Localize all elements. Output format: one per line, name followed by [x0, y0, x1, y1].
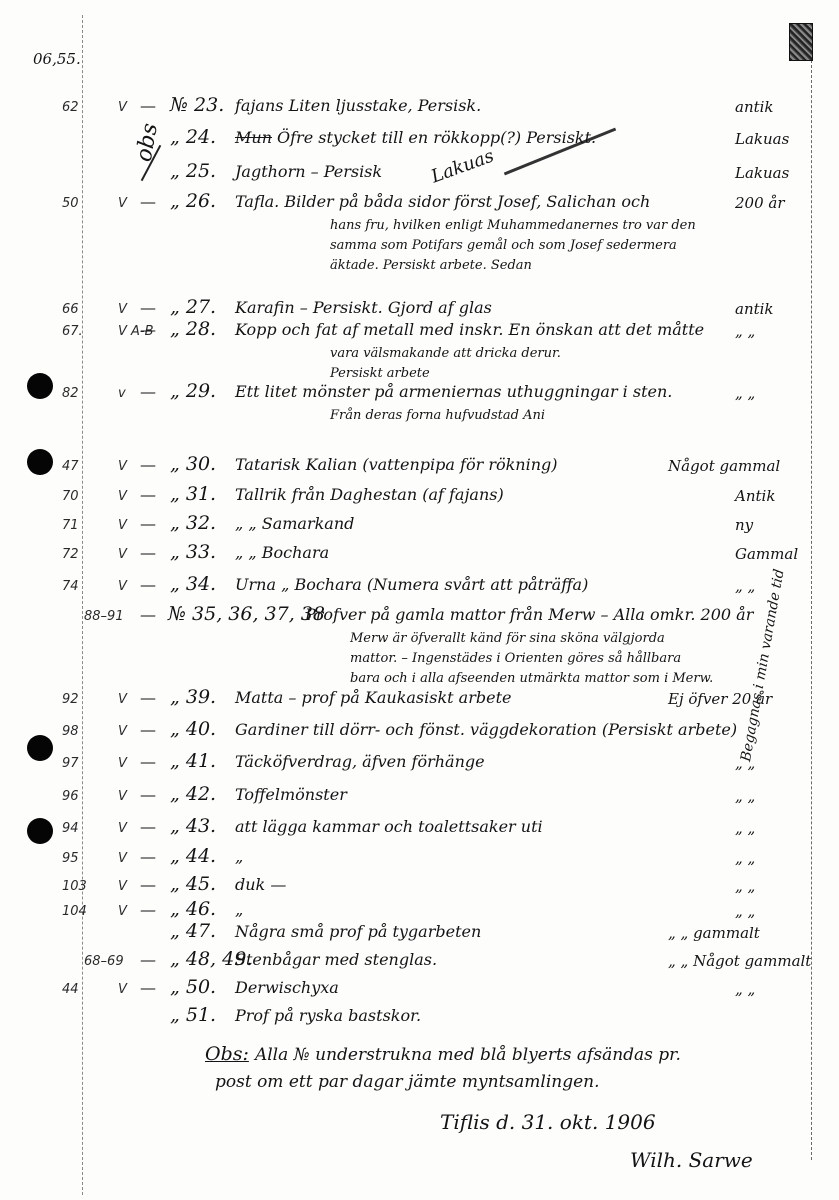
dash-separator: —: [140, 382, 156, 401]
item-description: „: [235, 900, 243, 919]
struck-text: Mun: [235, 128, 272, 147]
ledger-number: 44: [62, 982, 79, 997]
item-number: № 35, 36, 37, 38: [168, 603, 325, 625]
list-item: 74V—„ 34.Urna „ Bochara (Numera svårt at…: [0, 575, 839, 599]
item-number: „ 33.: [170, 541, 216, 563]
list-item: 47V—„ 30.Tatarisk Kalian (vattenpipa för…: [0, 455, 839, 479]
ledger-number: 72: [62, 547, 79, 562]
dash-separator: —: [140, 950, 156, 969]
ledger-number: 74: [62, 579, 79, 594]
list-item: 82v—„ 29.Ett litet mönster på armenierna…: [0, 382, 839, 406]
valuation-note: „ „: [735, 577, 755, 595]
valuation-note: „ „ gammalt: [668, 924, 760, 942]
valuation-note: Gammal: [735, 545, 798, 563]
ledger-number: 98: [62, 724, 79, 739]
dash-separator: —: [140, 720, 156, 739]
ledger-number: 66: [62, 302, 79, 317]
ledger-number: 92: [62, 692, 79, 707]
item-description: Prof på ryska bastskor.: [235, 1006, 421, 1025]
description-continuation: hans fru, hvilken enligt Muhammedanernes…: [330, 218, 696, 233]
item-description: Profver på gamla mattor från Merw – Alla…: [305, 605, 753, 624]
item-description: att lägga kammar och toalettsaker uti: [235, 817, 543, 836]
ledger-number: 95: [62, 851, 79, 866]
check-mark: V: [118, 196, 127, 211]
list-item: 95V—„ 44.„„ „: [0, 847, 839, 871]
item-number: „ 31.: [170, 483, 216, 505]
description-continuation: samma som Potifars gemål och som Josef s…: [330, 238, 677, 253]
signature: Wilh. Sarwe: [630, 1148, 753, 1172]
item-number: „ 44.: [170, 845, 216, 867]
item-number: „ 30.: [170, 453, 216, 475]
item-description: Jagthorn – Persisk: [235, 162, 382, 181]
check-mark: V: [118, 756, 127, 771]
item-number: „ 34.: [170, 573, 216, 595]
item-description: Gardiner till dörr- och fönst. väggdekor…: [235, 720, 737, 739]
ledger-number: 97: [62, 756, 79, 771]
description-continuation: Från deras forna hufvudstad Ani: [330, 408, 545, 423]
check-mark: V: [118, 851, 127, 866]
valuation-note: „ „: [735, 849, 755, 867]
item-number: „ 29.: [170, 380, 216, 402]
archive-number: 06,55.: [33, 50, 81, 68]
dash-separator: —: [140, 514, 156, 533]
ledger-number: 82: [62, 386, 79, 401]
ledger-number: 71: [62, 518, 79, 533]
list-item: 50V—„ 26.Tafla. Bilder på båda sidor för…: [0, 192, 839, 216]
check-mark: V: [118, 821, 127, 836]
check-mark: V: [118, 302, 127, 317]
item-description: Toffelmönster: [235, 785, 347, 804]
list-item: 92V—„ 39.Matta – prof på Kaukasiskt arbe…: [0, 688, 839, 712]
dash-separator: —: [140, 900, 156, 919]
item-number: „ 28.: [170, 318, 216, 340]
item-description: Öfre stycket till en rökkopp(?) Persiskt…: [277, 128, 596, 147]
list-item: 44V—„ 50.Derwischyxa„ „: [0, 978, 839, 1002]
check-mark: V: [118, 724, 127, 739]
list-item: 71V—„ 32.„ „ Samarkandny: [0, 514, 839, 538]
item-description: Karafin – Persiskt. Gjord af glas: [235, 298, 492, 317]
archive-stamp-icon: [789, 23, 813, 61]
item-description: Tafla. Bilder på båda sidor först Josef,…: [235, 192, 650, 211]
check-mark: v: [118, 386, 126, 401]
dash-separator: —: [140, 752, 156, 771]
list-item: 72V—„ 33.„ „ BocharaGammal: [0, 543, 839, 567]
check-mark: V: [118, 547, 127, 562]
ledger-number: 62: [62, 100, 79, 115]
valuation-note: Lakuas: [735, 164, 789, 182]
valuation-note: Lakuas: [735, 130, 789, 148]
check-mark: V: [118, 982, 127, 997]
ledger-number: 47: [62, 459, 79, 474]
valuation-note: 200 år: [735, 194, 785, 212]
valuation-note: „ „ Något gammalt: [668, 952, 811, 970]
ledger-number: 103: [62, 879, 87, 894]
item-description: duk —: [235, 875, 286, 894]
item-number: „ 26.: [170, 190, 216, 212]
ledger-number: 70: [62, 489, 79, 504]
check-mark: V: [118, 879, 127, 894]
dash-separator: —: [140, 688, 156, 707]
check-mark: V: [118, 100, 127, 115]
valuation-note: ny: [735, 516, 753, 534]
ledger-number: 67.: [62, 324, 83, 339]
description-continuation: Persiskt arbete: [330, 366, 430, 381]
item-number: „ 43.: [170, 815, 216, 837]
ledger-number: 94: [62, 821, 79, 836]
document-page: 06,55. obs 62V—№ 23.fajans Liten ljussta…: [0, 0, 839, 1200]
item-number: „ 51.: [170, 1004, 216, 1026]
item-description: Stenbågar med stenglas.: [235, 950, 437, 969]
dash-separator: —: [140, 543, 156, 562]
ledger-number: 96: [62, 789, 79, 804]
item-number: „ 42.: [170, 783, 216, 805]
obs-line-1: Alla № understrukna med blå blyerts afsä…: [255, 1045, 681, 1065]
item-description: Tatarisk Kalian (vattenpipa för rökning): [235, 455, 558, 474]
item-number: „ 45.: [170, 873, 216, 895]
ledger-number: 88–91: [84, 609, 124, 624]
item-number: „ 40.: [170, 718, 216, 740]
item-description: fajans Liten ljusstake, Persisk.: [235, 96, 481, 115]
item-number: „ 46.: [170, 898, 216, 920]
list-item: 68–69—„ 48, 49.Stenbågar med stenglas.„ …: [0, 950, 839, 974]
item-description: Kopp och fat af metall med inskr. En öns…: [235, 320, 704, 339]
ledger-number: 104: [62, 904, 87, 919]
check-mark: V: [118, 489, 127, 504]
check-mark: V: [118, 518, 127, 533]
valuation-note: „ „: [735, 322, 755, 340]
list-item: 70V—„ 31.Tallrik från Daghestan (af faja…: [0, 485, 839, 509]
dash-separator: —: [140, 455, 156, 474]
check-mark: V: [118, 904, 127, 919]
list-item: 97V—„ 41.Täcköfverdrag, äfven förhänge„ …: [0, 752, 839, 776]
dash-separator: —: [140, 192, 156, 211]
list-item: 103V—„ 45.duk —„ „: [0, 875, 839, 899]
list-item: „ 24.MunÖfre stycket till en rökkopp(?) …: [0, 128, 839, 152]
item-description: Några små prof på tygarbeten: [235, 922, 481, 941]
obs-note: Obs: Alla № understrukna med blå blyerts…: [205, 1043, 681, 1065]
obs-line-2: post om ett par dagar jämte myntsamlinge…: [215, 1072, 600, 1092]
description-continuation: vara välsmakande att dricka derur.: [330, 346, 561, 361]
valuation-note: antik: [735, 98, 774, 116]
list-item: 67.V A-B—„ 28.Kopp och fat af metall med…: [0, 320, 839, 344]
valuation-note: „ „: [735, 877, 755, 895]
dash-separator: —: [140, 298, 156, 317]
list-item: 104V—„ 46.„„ „: [0, 900, 839, 924]
ledger-number: 50: [62, 196, 79, 211]
valuation-note: „ „: [735, 980, 755, 998]
dash-separator: —: [140, 605, 156, 624]
description-continuation: äktade. Persiskt arbete. Sedan: [330, 258, 532, 273]
valuation-note: „ „: [735, 902, 755, 920]
item-description: „ „ Bochara: [235, 543, 329, 562]
list-item: „ 51.Prof på ryska bastskor.: [0, 1006, 839, 1030]
check-mark: V: [118, 579, 127, 594]
list-item: 94V—„ 43.att lägga kammar och toalettsak…: [0, 817, 839, 841]
description-continuation: mattor. – Ingenstädes i Orienten göres s…: [350, 651, 681, 666]
check-mark: V: [118, 789, 127, 804]
list-item: 98V—„ 40.Gardiner till dörr- och fönst. …: [0, 720, 839, 744]
check-mark: V: [118, 692, 127, 707]
item-description: Matta – prof på Kaukasiskt arbete: [235, 688, 511, 707]
valuation-note: „ „: [735, 819, 755, 837]
list-item: 62V—№ 23.fajans Liten ljusstake, Persisk…: [0, 96, 839, 120]
item-number: „ 39.: [170, 686, 216, 708]
description-continuation: Merw är öfverallt känd för sina sköna vä…: [350, 631, 665, 646]
obs-label: Obs:: [205, 1043, 249, 1065]
dash-separator: —: [140, 875, 156, 894]
item-number: № 23.: [170, 94, 224, 116]
item-number: „ 32.: [170, 512, 216, 534]
valuation-note: „ „: [735, 787, 755, 805]
dash-separator: —: [140, 817, 156, 836]
item-description: „: [235, 847, 243, 866]
item-number: „ 27.: [170, 296, 216, 318]
item-number: „ 24.: [170, 126, 216, 148]
item-description: „ „ Samarkand: [235, 514, 354, 533]
ledger-number: 68–69: [84, 954, 124, 969]
item-number: „ 50.: [170, 976, 216, 998]
list-item: „ 47.Några små prof på tygarbeten„ „ gam…: [0, 922, 839, 946]
dash-separator: —: [140, 96, 156, 115]
item-description: Täcköfverdrag, äfven förhänge: [235, 752, 485, 771]
dash-separator: —: [140, 485, 156, 504]
description-continuation: bara och i alla afseenden utmärkta matto…: [350, 671, 713, 686]
check-mark: V: [118, 459, 127, 474]
valuation-note: „ „: [735, 384, 755, 402]
place-date: Tiflis d. 31. okt. 1906: [440, 1110, 656, 1134]
dash-separator: —: [140, 575, 156, 594]
valuation-note: Antik: [735, 487, 775, 505]
dash-separator: —: [140, 785, 156, 804]
item-number: „ 25.: [170, 160, 216, 182]
item-description: Derwischyxa: [235, 978, 339, 997]
valuation-note: Något gammal: [668, 457, 780, 475]
list-item: 96V—„ 42.Toffelmönster„ „: [0, 785, 839, 809]
item-number: „ 47.: [170, 920, 216, 942]
list-item: 66V—„ 27.Karafin – Persiskt. Gjord af gl…: [0, 298, 839, 322]
dash-separator: —: [140, 978, 156, 997]
item-description: Urna „ Bochara (Numera svårt att påträff…: [235, 575, 588, 594]
item-description: Tallrik från Daghestan (af fajans): [235, 485, 504, 504]
valuation-note: antik: [735, 300, 774, 318]
dash-separator: —: [140, 320, 156, 339]
item-number: „ 41.: [170, 750, 216, 772]
list-item: 88–91—№ 35, 36, 37, 38Profver på gamla m…: [0, 605, 839, 629]
list-item: „ 25.Jagthorn – PersiskLakuasLakuas: [0, 162, 839, 186]
dash-separator: —: [140, 847, 156, 866]
item-description: Ett litet mönster på armeniernas uthuggn…: [235, 382, 672, 401]
